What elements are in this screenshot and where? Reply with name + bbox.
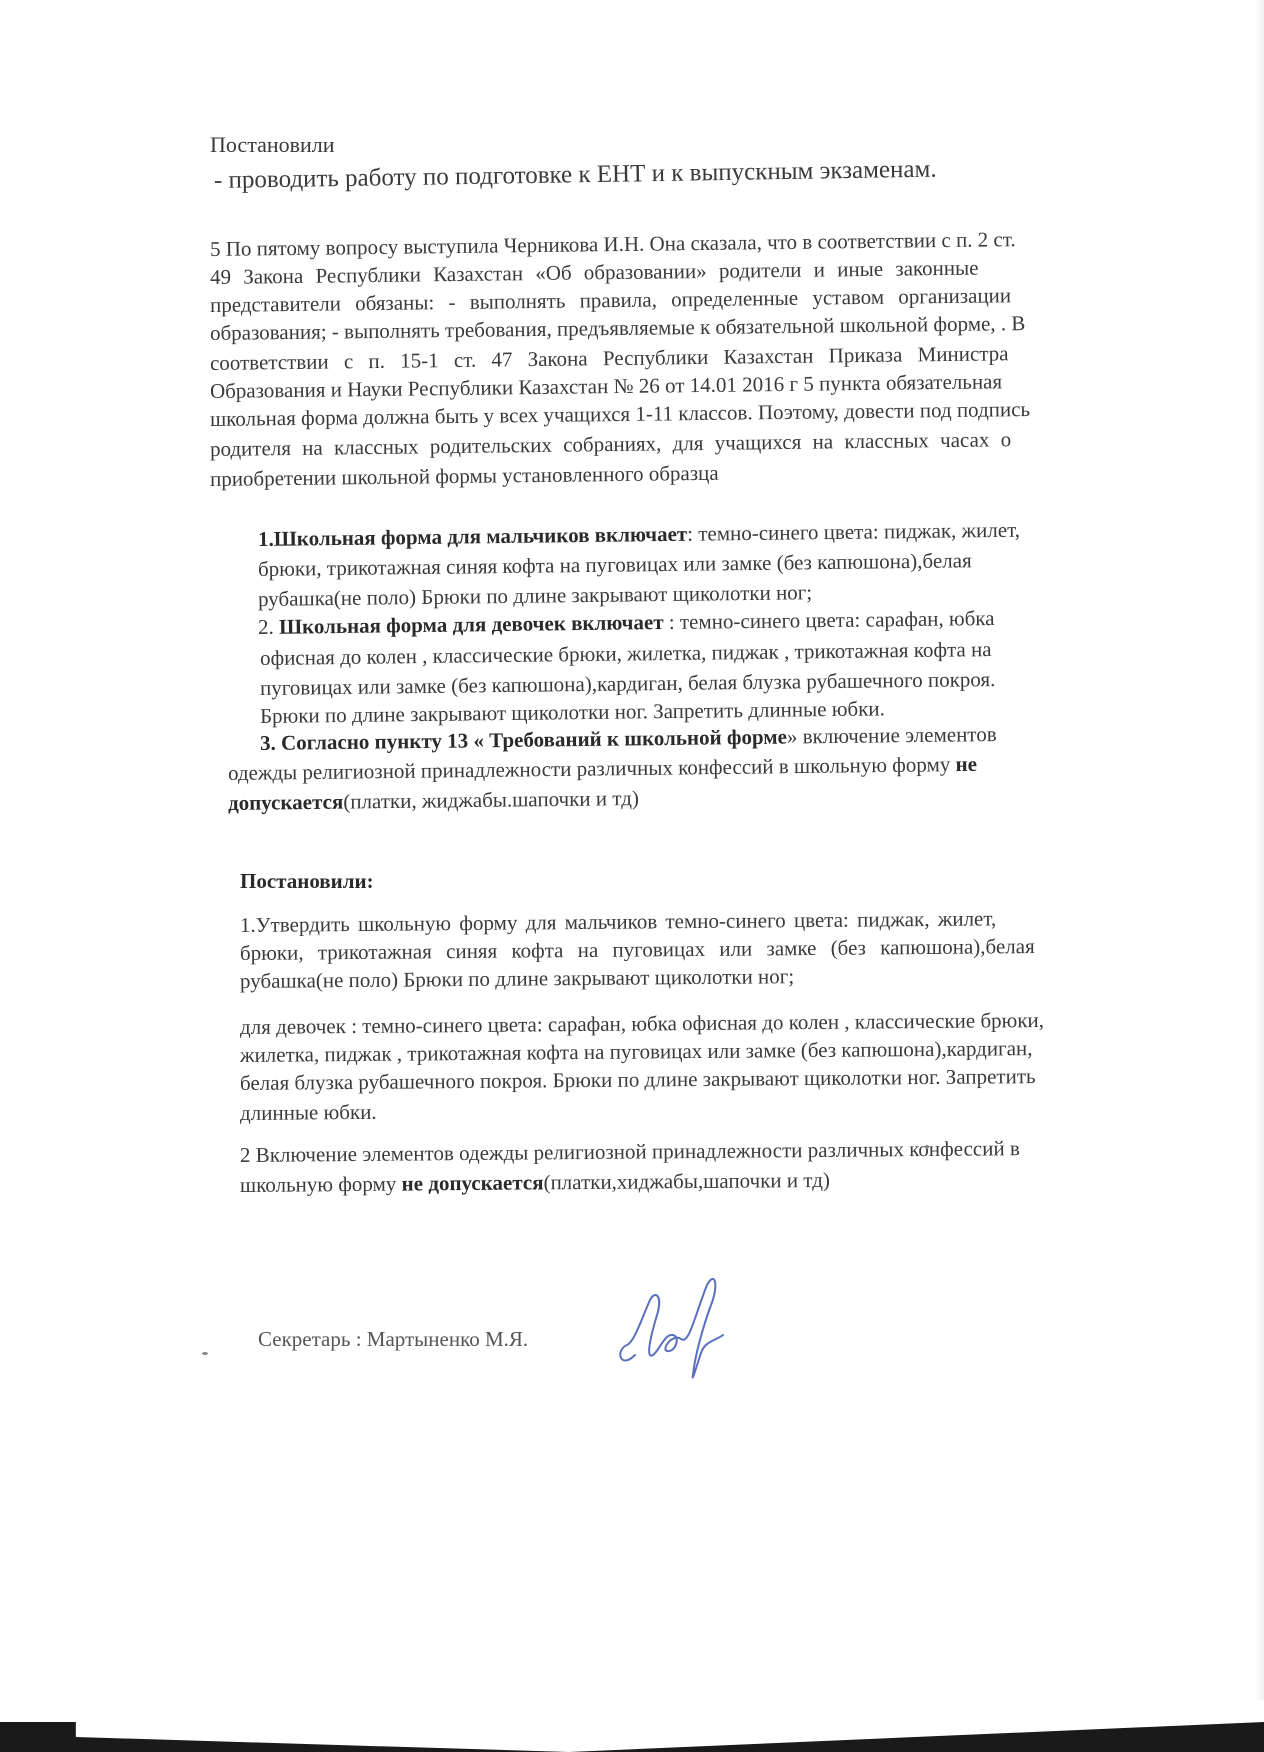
- resolution-examples: (платки,хиджабы,шапочки и тд): [543, 1168, 830, 1194]
- list-item-girls-line: пуговицах или замке (без капюшона),карди…: [260, 666, 996, 701]
- religious-text: одежды религиозной принадлежности различ…: [228, 752, 956, 785]
- resolution-line: 1.Утвердить школьную форму для мальчиков…: [240, 905, 996, 938]
- signature-mark-icon: [615, 1275, 735, 1385]
- scanned-page: Постановили - проводить работу по подгот…: [0, 0, 1264, 1752]
- resolution-line: рубашка(не поло) Брюки по длине закрываю…: [240, 963, 794, 994]
- list-item-religious-title: 3. Согласно пункту 13 « Требований к шко…: [260, 725, 787, 755]
- list-item-boys-title: 1.Школьная форма для мальчиков включает: [258, 522, 687, 551]
- heading-resolved-top: Постановили: [210, 132, 335, 158]
- q5-line: приобретении школьной формы установленно…: [210, 460, 719, 492]
- scan-bottom-edge: [0, 1722, 1264, 1752]
- religious-not: не: [955, 752, 977, 776]
- list-item-girls-num: 2.: [258, 615, 279, 639]
- heading-resolved: Постановили:: [240, 868, 374, 894]
- resolution-line: длинные юбки.: [240, 1099, 377, 1126]
- resolution-line: жилетка, пиджак , трикотажная кофта на п…: [240, 1035, 1033, 1068]
- resolution-line: брюки, трикотажная синяя кофта на пугови…: [240, 933, 1035, 966]
- list-item-religious-line: одежды религиозной принадлежности различ…: [228, 751, 977, 786]
- resolution-not-allowed: не допускается: [401, 1170, 543, 1195]
- resolution-line: школьную форму не допускается(платки,хид…: [240, 1167, 830, 1198]
- scan-speck: [925, 1145, 929, 1149]
- resolution-item-ent: - проводить работу по подготовке к ЕНТ и…: [214, 157, 937, 194]
- resolution-line: 2 Включение элементов одежды религиозной…: [240, 1135, 1020, 1168]
- list-item-religious-text: » включение элементов: [787, 722, 997, 749]
- list-item-girls-line: офисная до колен , классические брюки, ж…: [260, 636, 992, 671]
- list-item-girls-text: : темно-синего цвета: сарафан, юбка: [663, 606, 994, 634]
- scan-right-edge: [1254, 0, 1264, 1700]
- list-item-girls-title: Школьная форма для девочек включает: [279, 610, 664, 639]
- religious-examples: (платки, жиджабы.шапочки и тд): [343, 786, 639, 814]
- list-item-boys-text: : темно-синего цвета: пиджак, жилет,: [687, 518, 1020, 546]
- list-item-boys-line: брюки, трикотажная синяя кофта на пугови…: [258, 547, 972, 582]
- list-item-boys-line: рубашка(не поло) Брюки по длине закрываю…: [258, 579, 812, 612]
- secretary-label: Секретарь : Мартыненко М.Я.: [258, 1326, 528, 1352]
- religious-allowed: допускается: [228, 790, 344, 815]
- list-item-religious-line: допускается(платки, жиджабы.шапочки и тд…: [228, 785, 639, 816]
- resolution-line: белая блузка рубашечного покроя. Брюки п…: [240, 1063, 1036, 1096]
- q5-line: родителя на классных родительских собран…: [210, 426, 1011, 462]
- scan-speck: [202, 1352, 208, 1355]
- resolution-text: школьную форму: [240, 1172, 402, 1197]
- heading-resolved-text: Постановили:: [240, 869, 374, 893]
- list-item-boys: 1.Школьная форма для мальчиков включает:…: [258, 517, 1020, 552]
